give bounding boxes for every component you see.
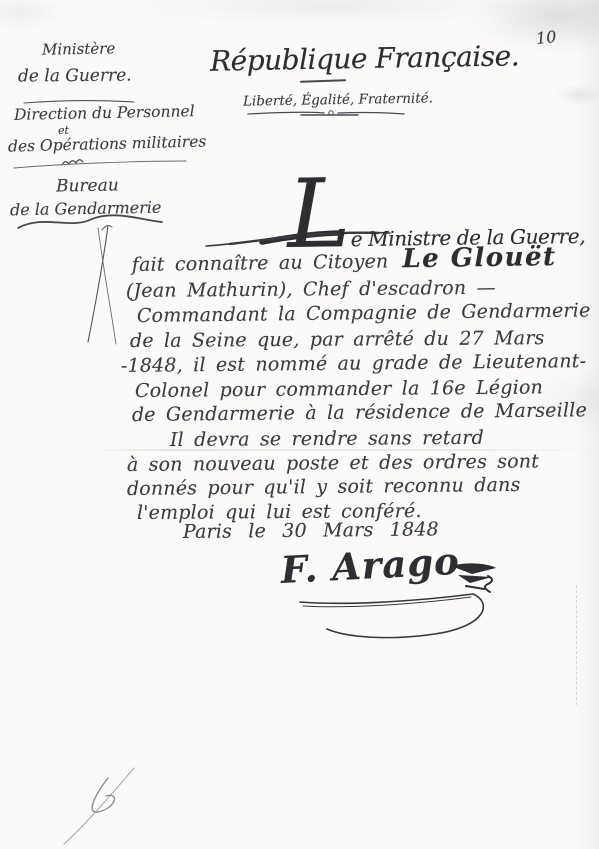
ministry-division-line1: Direction du Personnel (14, 102, 195, 124)
body-line: donnés pour qu'il y soit reconnu dans (127, 474, 521, 500)
document-page: Ministère de la Guerre. Direction du Per… (0, 0, 599, 849)
body-line: de Gendarmerie à la résidence de Marseil… (132, 399, 587, 426)
body-line: (Jean Mathurin), Chef d'escadron — (126, 277, 496, 302)
ministry-name-line2: de la Guerre. (18, 66, 132, 87)
scan-edge-artifact (576, 585, 578, 705)
pencil-mark-icon (42, 766, 162, 846)
republic-title-underline (300, 79, 346, 83)
ministry-bureau-line1: Bureau (56, 175, 119, 196)
recipient-name: Le Glouët (402, 242, 557, 274)
signature-underline-flourish-icon (295, 592, 490, 642)
body-line: -1848, il est nommé au grade de Lieutena… (121, 350, 587, 377)
body-line: Colonel pour commander la 16e Légion (135, 376, 543, 402)
republic-title: République Française. (210, 39, 520, 77)
ministry-division-line2: des Opérations militaires (8, 132, 207, 155)
signature-text: F. Arago (280, 539, 461, 592)
division-underline-flourish-icon (12, 156, 190, 172)
body-line: de la Seine que, par arrêté du 27 Mars (130, 327, 545, 352)
paper-crease-line (90, 449, 599, 451)
page-number: 10 (535, 27, 557, 48)
recipient-line: fait connaître au Citoyen Le Glouët (132, 242, 557, 278)
recipient-intro: fait connaître au Citoyen (132, 250, 389, 276)
republic-motto: Liberté, Égalité, Fraternité. (243, 90, 433, 109)
body-line: Il devra se rendre sans retard (170, 427, 484, 451)
body-line: Commandant la Compagnie de Gendarmerie (137, 299, 591, 327)
motto-ornament-underline-icon (246, 108, 406, 120)
ministry-name-line1: Ministère (42, 39, 116, 58)
body-line: à son nouveau poste et des ordres sont (127, 450, 539, 476)
dateline: Paris le 30 Mars 1848 (183, 518, 439, 543)
